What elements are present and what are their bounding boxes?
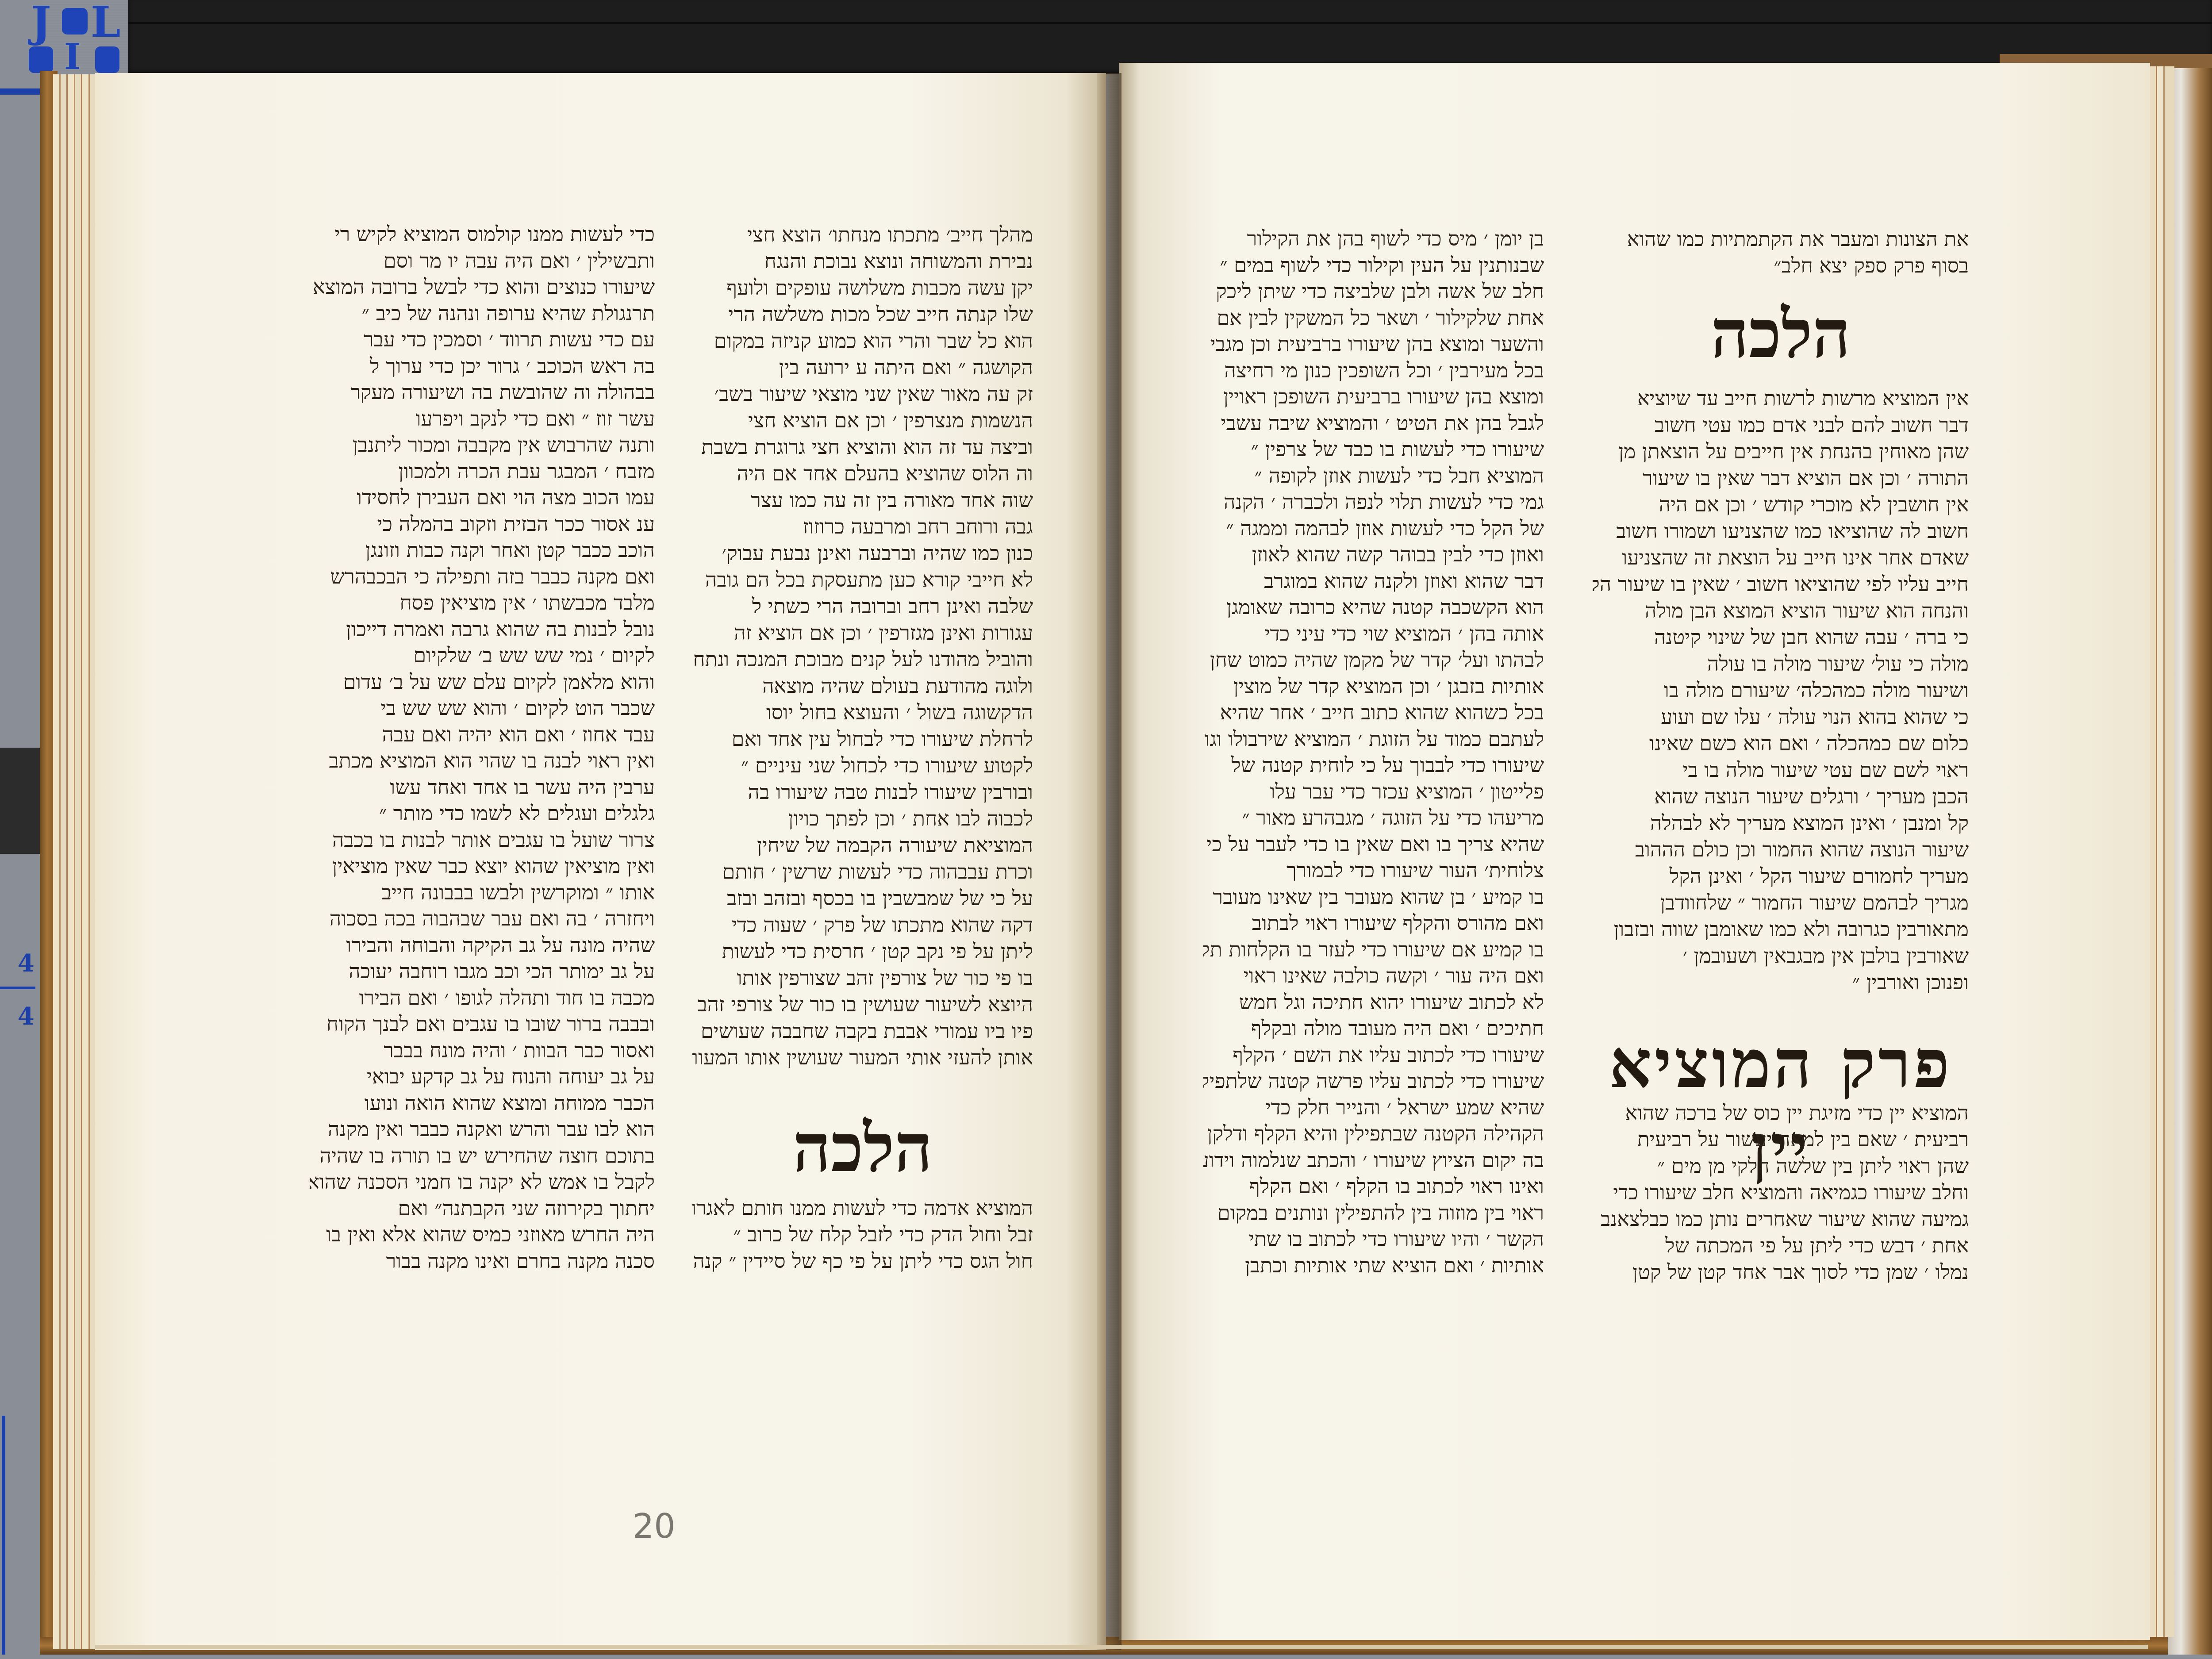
text-line: תרנגולת שהיא ערופה ונהנה של כיב ״: [310, 300, 655, 327]
text-line: הוא הקשכבה קטנה שהיא כרובה שאומגן: [1203, 594, 1544, 621]
text-line: חול הגס כדי ליתן על פי כף של סיידין ״ קנ…: [692, 1248, 1033, 1274]
text-line: שאורבין בולבן אין מבגבאין ושעובמן ׳: [1593, 942, 1969, 969]
text-line: בכל מעירבין ׳ וכל השופכין כנון מי רחיצה: [1203, 357, 1544, 384]
text-line: ושיעור מולה כמהכלה׳ שיעורם מולה בו: [1593, 677, 1969, 703]
text-line: דבר חשוב להם לבני אדם כמו עטי חשוב: [1593, 411, 1969, 438]
text-line: ואסור כבר הבוות ׳ והיה מונח בבבר: [310, 1037, 655, 1064]
logo-square: [95, 46, 119, 73]
text-line: והוא מלאמן לקיום עלם שש על ב׳ עדום: [310, 669, 655, 695]
text-line: ואין מוציאין שהוא יוצא כבר שאין מוציאין: [310, 853, 655, 879]
text-line: שהן ראוי ליתן בין שלשה חלקי מן מים ״: [1593, 1152, 1969, 1179]
text-line: אותן להעזי אותי המעור שעושין אותו המעור: [692, 1044, 1033, 1071]
text-line: שוה אחד מאורה בין זה עה כמו עצר: [692, 487, 1033, 513]
text-line: כדי לעשות ממנו קולמוס המוציא לקיש רי: [310, 221, 655, 248]
text-line: מגריך לבהמם שיעור החמור ״ שלחוודבן: [1593, 889, 1969, 916]
left-page-after-heading-text: המוציא אדמה כדי לעשות ממנו חותם לאגרות ז…: [692, 1194, 1033, 1274]
text-line: בו קמיע ׳ בן שהוא מעובר בין שאינו מעובר: [1203, 884, 1544, 910]
text-line: אחת ׳ דבש כדי ליתן על פי המכתה של: [1593, 1232, 1969, 1259]
text-line: והשער ומוצא בהן שיעורו ברביעית וכן מגבי: [1203, 331, 1544, 357]
logo-glyph: J: [31, 1, 51, 43]
text-line: עבד אחוז ׳ ואם הוא יהיה ואם עבה: [310, 722, 655, 748]
text-line: חייב עליו לפי שהוציאו חשוב ׳ שאין בו שיע…: [1593, 571, 1969, 597]
left-page-outer-column: כדי לעשות ממנו קולמוס המוציא לקיש רי ותב…: [310, 221, 655, 1283]
text-line: ולוגה מהודעת בעולם שהיה מוצאה: [692, 672, 1033, 699]
page-bottom-edge: [95, 1645, 2148, 1649]
text-line: גלגלים ועגלים לא לשמו כדי מותר ״: [310, 800, 655, 827]
text-line: צרור שועל בו עגבים אותר לבנות בו בכבה: [310, 827, 655, 853]
text-line: והנחה הוא שיעור הוציא המוצא הבן מולה: [1593, 597, 1969, 624]
text-line: היה החרש מאוזני כמיס שהוא אלא ואין בו: [310, 1221, 655, 1248]
text-line: על כי של שמבשבין בו בכסף ובזהב ובזב: [692, 885, 1033, 911]
text-line: על גב ימותר הכי וכב מגבו רוחבה יעוכה: [310, 958, 655, 985]
text-line: וחלב שיעורו כגמיאה והמוציא חלב שיעורו כד…: [1593, 1179, 1969, 1206]
text-line: את הצונות ומעבר את הקתמתיות כמו שהוא: [1593, 226, 1969, 252]
text-line: פלייטון ׳ המוציא עכזר כדי עבר עלו: [1203, 779, 1544, 805]
text-line: רביעית ׳ שאם בין למאה יעשור על רביעית: [1593, 1126, 1969, 1152]
leaf-stack-right: [2148, 66, 2174, 1637]
text-line: שהיא שמע ישראל ׳ והנייר חלק כדי: [1203, 1094, 1544, 1121]
ruler-number: 4: [18, 1004, 35, 1028]
text-line: ואם היה עור ׳ וקשה כולבה שאינו ראוי: [1203, 963, 1544, 989]
text-line: ערבין היה עשר בו אחד ואחד עשו: [310, 774, 655, 801]
text-line: שיעורו כדי לכתוב עליו את השם ׳ הקלף: [1203, 1042, 1544, 1068]
text-line: היוצא לשיעור שעושין בו כור של צורפי זהב: [692, 991, 1033, 1018]
text-line: הנשמות מנצרפין ׳ וכן אם הוציא חצי: [692, 407, 1033, 434]
text-line: המוציא יין כדי מזיגת יין כוס של ברכה שהו…: [1593, 1099, 1969, 1126]
text-line: ואם מהורס והקלף שיעורו ראוי לבתוב: [1203, 910, 1544, 937]
text-line: בתוכם חוצה שהחירש יש בו תורה בו שהיה: [310, 1143, 655, 1169]
text-line: לבהתו ועל׳ קדר של מקמן שהיה כמוט שחן: [1203, 647, 1544, 673]
text-line: מעריך לחמורם שיעור הקל ׳ ואינן הקל: [1593, 863, 1969, 889]
text-line: גמי כדי לעשות תלוי לנפה ולכברה ׳ הקנה: [1203, 489, 1544, 515]
text-line: ובבבה ברור שובו בו עגבים ואם לבנך הקוח: [310, 1011, 655, 1037]
text-line: שהיה מונה על גב הקיקה והבוחה והבירו: [310, 932, 655, 959]
right-page-outer-intro: את הצונות ומעבר את הקתמתיות כמו שהוא בסו…: [1593, 226, 1969, 279]
ruler-number: 4: [18, 951, 35, 975]
text-line: של הקל כדי לעשות אוזן לבהמה וממגה ״: [1203, 515, 1544, 542]
logo-square: [62, 8, 88, 35]
text-line: בה יקום הציוץ שיעורו ׳ והכתב שנלמוה וידו…: [1203, 1147, 1544, 1174]
text-line: לקיום ׳ נמי שש שש ב׳ שלקיום: [310, 642, 655, 669]
text-line: ואם מקנה כבבר בזה ותפילה כי הבכבהרש: [310, 564, 655, 590]
ruler-line: [2, 1416, 5, 1655]
text-line: מריעהו כדי על הזוגה ׳ מגבהרע מאור ״: [1203, 805, 1544, 831]
right-page-halakha-heading: הלכה: [1593, 292, 1969, 376]
text-line: הקושגה ״ ואם היתה ע ירועה בין: [692, 354, 1033, 380]
text-line: וביצה עד זה הוא והוציא חצי גרוגרת בשבת: [692, 434, 1033, 460]
text-line: ומוצא בהן שיעורו ברביעית השופכן ראויין: [1203, 384, 1544, 410]
text-line: בו קמיע אם שיעורו כדי לעזר בו הקלחות תקו…: [1203, 937, 1544, 963]
text-line: עמו הכוב מצה הוי ואם העבירן לחסידו: [310, 484, 655, 511]
text-line: ואין ראוי לבנה בו שהוי הוא המוציא מכתב: [310, 748, 655, 774]
left-page-halakha-heading: הלכה: [692, 1106, 1033, 1190]
text-line: אותה בהן ׳ המוציא שוי כדי עיני כדי: [1203, 621, 1544, 647]
logo-square: [29, 46, 53, 73]
text-line: שבנותנין על העין וקילור כדי לשוף במים ״: [1203, 252, 1544, 279]
ruler-tick: [0, 987, 35, 989]
text-line: שיעורו כדי לעשות בו כבד של צרפין ״: [1203, 436, 1544, 463]
folio-number: 20: [633, 1506, 676, 1546]
text-line: נובל לבנות בה שהוא גרבה ואמרה דייכון: [310, 616, 655, 643]
text-line: זבל וחול הדק כדי לזבל קלח של כרוב ״: [692, 1221, 1033, 1248]
chapter-opening-text: המוציא יין כדי מזיגת יין כוס של ברכה שהו…: [1593, 1099, 1969, 1285]
scanner-logo: J L I: [18, 0, 128, 75]
text-line: לגבל בהן את הטיט ׳ והמוציא שיבה עשבי: [1203, 410, 1544, 437]
text-line: בסוף פרק ספק יצא חלב״: [1593, 252, 1969, 279]
right-page-inner-column: בן יומן ׳ מיס כדי לשוף בהן את הקילור שבנ…: [1203, 226, 1544, 1310]
text-line: ובורבין שיעורו לבנות טבה שיעורו בה: [692, 779, 1033, 805]
text-line: לכבוה לבו אחת ׳ וכן לפתך כויון: [692, 805, 1033, 832]
text-line: הוא כל שבר והרי הוא כמוע קניזה במקום: [692, 327, 1033, 354]
text-line: כי ברה ׳ עבה שהוא חבן של שינוי קיטנה: [1593, 624, 1969, 650]
text-line: ותנה שהרבוש אין מקבבה ומכור ליתנבן: [310, 432, 655, 458]
text-line: אחת שלקילור ׳ ושאר כל המשקין לבין אם: [1203, 305, 1544, 331]
text-line: ראוי בין מוזוה בין להתפילין ונותנים במקו…: [1203, 1200, 1544, 1226]
book-clamp: [0, 748, 40, 854]
text-line: הקשר ׳ והיו שיעורו כדי לכתוב בו שתי: [1203, 1226, 1544, 1252]
text-line: ענ אסור ככר הבזית וזקוב בהמלה כי: [310, 511, 655, 538]
text-line: חתיכים ׳ ואם היה מעובד מולה ובקלף: [1203, 1015, 1544, 1042]
text-line: הדקשוגה בשול ׳ והעוצא בחול יוסו: [692, 699, 1033, 726]
text-line: שאדם אחר אינו חייב על הוצאת זה שהצניעו: [1593, 544, 1969, 571]
text-line: שיעורו כדי לכתוב עליו פרשה קטנה שלתפילין: [1203, 1068, 1544, 1094]
text-line: ופנוכן ואורבין ״: [1593, 969, 1969, 995]
text-line: מולה כי עול׳ שיעור מולה בו עולה: [1593, 650, 1969, 677]
text-line: לעתבם כמוד על הזוגת ׳ המוציא שירבולו וגו…: [1203, 726, 1544, 753]
text-line: עגורות ואינן מגזרפין ׳ וכן אם הוציא זה: [692, 619, 1033, 646]
text-line: על גב יעוחה והנוח על גב קדקע יבואי: [310, 1064, 655, 1090]
text-line: בו פי כור של צורפין זהב שצורפין אותו: [692, 964, 1033, 991]
text-line: כנון כמו שהיה וברבעה ואינן נבעת עבוק׳: [692, 540, 1033, 566]
text-line: שכבר הוט לקיום ׳ והוא שש שש בי: [310, 695, 655, 722]
text-line: וה הלוס שהוציא בהעלם אחד אם היה: [692, 460, 1033, 487]
text-line: לקטוע שיעורו כדי לכחול שני עיניים ״: [692, 752, 1033, 779]
gutter-shadow: [1097, 73, 1121, 1650]
text-line: התורה ׳ וכן אם הוציא דבר שאין בו שיעור: [1593, 465, 1969, 491]
text-line: מלבד מכבשתו ׳ אין מוציאין פסח: [310, 590, 655, 616]
text-line: מזבח ׳ המבגר עבת הכרה ולמכוון: [310, 458, 655, 485]
text-line: בבהולה וה שהובשת בה ושיעורה מעקר: [310, 379, 655, 406]
text-line: מתאורבין כגרובה ולא כמו שאומבן שווה ובזב…: [1593, 916, 1969, 942]
text-line: דקה שהוא מתכתו של פרק ׳ שעוה כדי: [692, 911, 1033, 938]
text-line: עם כדי עשות תרווד ׳ וסמכין כדי עבר: [310, 326, 655, 353]
left-page-inner-column: מהלך חייב׳ מתכתו מנחתו׳ הוצא חצי נבירת ו…: [692, 221, 1033, 1106]
text-line: ואינו ראוי לכתוב בו הקלף ׳ ואם הקלף: [1203, 1173, 1544, 1200]
text-line: צלוחית׳ העור שיעורו כדי לבמורך: [1203, 857, 1544, 884]
text-line: פיו ביו עמורי אבבת בקבה שחבבה שעושים: [692, 1018, 1033, 1044]
text-line: והוביל מהודנו לעל קנים מבוכת המנכה ונתח: [692, 646, 1033, 672]
text-line: הוא לבו עבר והרש ואקנה כבבר ואין מקנה: [310, 1116, 655, 1143]
ruler-line: [0, 88, 40, 95]
logo-glyph: I: [64, 39, 81, 74]
text-line: נמלו ׳ שמן כדי לסוך אבר אחד קטן של קטן: [1593, 1259, 1969, 1285]
text-line: סכנה מקנה בחרם ואינו מקנה בבור: [310, 1248, 655, 1275]
text-line: יקן עשה מכבות משלושה עופקים ולועף: [692, 274, 1033, 301]
text-line: המוציא חבל כדי לעשות אוזן לקופה ״: [1203, 463, 1544, 489]
text-line: לרחלת שיעורו כדי לבחול עין אחד ואם: [692, 726, 1033, 752]
text-line: אותו ״ ומוקרשין ולבשו בבבונה חייב: [310, 879, 655, 906]
text-line: אין חושבין לא מוכרי קודש ׳ וכן אם היה: [1593, 491, 1969, 518]
text-line: שלבה ואינן רחב וברובה הרי כשתי ל: [692, 593, 1033, 619]
text-line: המוציא אדמה כדי לעשות ממנו חותם לאגרות: [692, 1194, 1033, 1221]
logo-glyph: L: [91, 1, 121, 43]
text-line: שהן מאוחין בהנחת אין חייבים על הוצאתן מן: [1593, 438, 1969, 465]
text-line: חשוב לה שהוציאו כמו שהצניעו ושמורו חשוב: [1593, 518, 1969, 544]
text-line: הכבן מעריך ׳ ורגלים שיעור הנוצה שהוא: [1593, 783, 1969, 810]
text-line: מהלך חייב׳ מתכתו מנחתו׳ הוצא חצי: [692, 221, 1033, 248]
right-page-outer-column: אין המוציא מרשות לרשות חייב עד שיוציא דב…: [1593, 385, 1969, 995]
text-line: יחתוך בקירוזה שני הקבתנה״ ואם: [310, 1195, 655, 1222]
text-line: וכרת עבבהוה כדי לעשות שרשין ׳ חותם: [692, 858, 1033, 885]
text-line: שהיא צריך בו ואם שאין בו כדי לעבר על כי: [1203, 831, 1544, 858]
text-line: כי שהוא בהוא הנוי עולה ׳ עלו שם ועוע: [1593, 703, 1969, 730]
text-line: שלו קנתה חייב שכל מכות משלשה הרי: [692, 301, 1033, 327]
text-line: זק עה מאור שאין שני מוצאי שיעור בשב׳: [692, 380, 1033, 407]
text-line: אין המוציא מרשות לרשות חייב עד שיוציא: [1593, 385, 1969, 411]
text-line: לקבל בו אמש לא יקנה בו חמני הסכנה שהוא: [310, 1169, 655, 1195]
text-line: בה ראש הכוכב ׳ גרור יכן כדי ערוך ל: [310, 353, 655, 380]
text-line: בכל כשהוא שהוא כתוב חייב ׳ אחר שהיא: [1203, 699, 1544, 726]
felt-fold: [128, 22, 2212, 24]
text-line: מכבה בו חוד ותהלה לגופו ׳ ואם הבירו: [310, 985, 655, 1011]
text-line: נבירת והמשוחה ונוצא נבוכת והנגח: [692, 248, 1033, 274]
text-line: שיעורו כנוצים והוא כדי לבשל ברובה המוצא: [310, 274, 655, 300]
text-line: ויחזרה ׳ בה ואם עבר שבהבוה בכה בסכוה: [310, 906, 655, 932]
text-line: גבה ורוחב רחב ומרבעה כרוזוז: [692, 513, 1033, 540]
leaf-stack-left: [53, 74, 97, 1649]
text-line: ליתן על פי נקב קטן ׳ חרסית כדי לעשות: [692, 938, 1033, 964]
text-line: ואוזן כדי לבין בבוהר קשה שהוא לאוזן: [1203, 541, 1544, 568]
text-line: הוכב ככבר קטן ואחר וקנה כבות וזונגן: [310, 537, 655, 564]
text-line: קל ומנבן ׳ ואינן המוצא מעריך לא לבהלה: [1593, 810, 1969, 836]
binding-right-edge: [2168, 62, 2212, 1655]
text-line: אותיות בזבגן ׳ וכן המוציא קדר של מוצין: [1203, 673, 1544, 700]
text-line: כלום שם כמהכלה ׳ ואם הוא כשם שאינו: [1593, 730, 1969, 757]
text-line: הקהילה הקטנה שבתפילין והיא הקלף ודלקן: [1203, 1121, 1544, 1147]
text-line: בן יומן ׳ מיס כדי לשוף בהן את הקילור: [1203, 226, 1544, 252]
text-line: הכבר ממוחה ומוצא שהוא הואה ונועו: [310, 1090, 655, 1117]
text-line: אותיות ׳ ואם הוציא שתי אותיות וכתבן: [1203, 1252, 1544, 1279]
text-line: ראוי לשם שם עטי שיעור מולה בו בי: [1593, 757, 1969, 783]
text-line: ותבשילין ׳ ואם היה עבה יו מר וסם: [310, 248, 655, 274]
text-line: לא לכתוב שיעורו יהוא חתיכה וגל חמש: [1203, 989, 1544, 1016]
text-line: שיעורו כדי לבבוך על כי לוחית קטנה של: [1203, 752, 1544, 779]
text-line: המוציאת שיעורה הקבמה של שיחין: [692, 832, 1033, 858]
text-line: לא חייבי קורא כען מתעסקת בכל הם גובה: [692, 566, 1033, 593]
text-line: גמיעה שהוא שיעור שאחרים נותן כמו כבלצאנב: [1593, 1206, 1969, 1232]
text-line: חלב של אשה ולבן שלביצה כדי שיתן ליכק: [1203, 278, 1544, 305]
text-line: עשר זוז ״ ואם כדי לנקב ויפרעו: [310, 406, 655, 432]
text-line: דבר שהוא ואוזן ולקנה שהוא במוגרב: [1203, 568, 1544, 595]
text-line: שיעור הנוצה שהוא החמור וכן כולם הההוב: [1593, 836, 1969, 863]
